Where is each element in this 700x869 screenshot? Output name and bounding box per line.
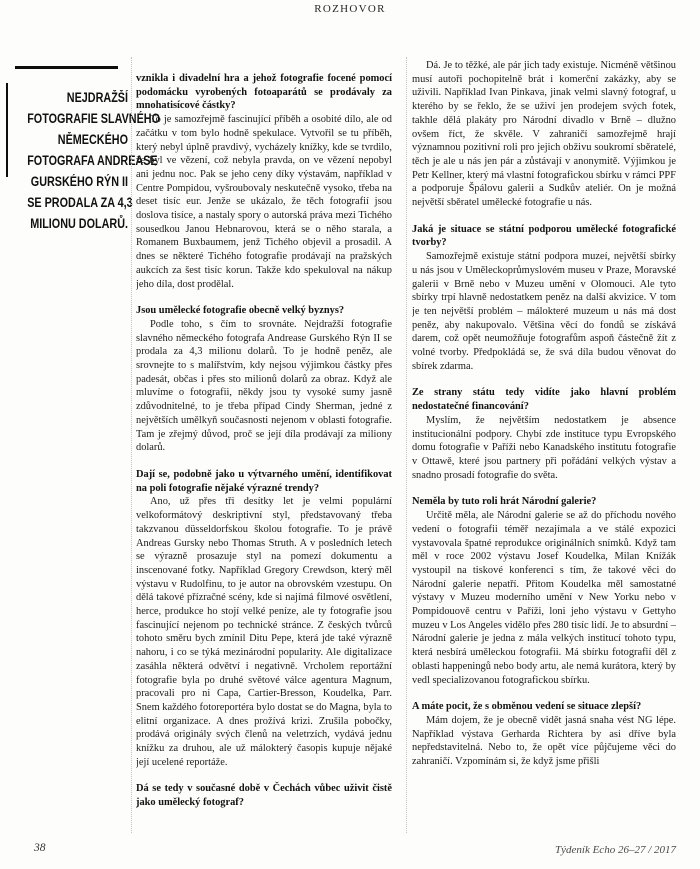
text-column-right: Dá. Je to těžké, ale pár jich tady exist… (412, 59, 676, 845)
interview-answer: Mám dojem, že je obecně vidět jasná snah… (412, 714, 676, 769)
interview-answer: Dá. Je to těžké, ale pár jich tady exist… (412, 59, 676, 210)
pull-quote-line: GURSKÉHO RÝN II (27, 171, 128, 192)
interview-answer: Myslím, že největším nedostatkem je abse… (412, 414, 676, 483)
magazine-page: ROZHOVOR NEJDRAŽŠÍFOTOGRAFIE SLAVNÉHONĚM… (0, 0, 700, 869)
interview-answer: Určitě měla, ale Národní galerie se až d… (412, 509, 676, 687)
pull-quote-line: MILIONU DOLARŮ. (27, 213, 128, 234)
pull-quote: NEJDRAŽŠÍFOTOGRAFIE SLAVNÉHONĚMECKÉHOFOT… (2, 87, 128, 234)
interview-question: Ze strany státu tedy vidíte jako hlavní … (412, 386, 676, 413)
interview-question: A máte pocit, že s obměnou vedení se sit… (412, 700, 676, 714)
pull-quote-line: SE PRODALA ZA 4,3 (27, 192, 128, 213)
issue-label: Týdeník Echo 26–27 / 2017 (555, 844, 676, 856)
page-number: 38 (34, 842, 46, 854)
column-separator-right (406, 57, 407, 833)
pull-quote-rule (15, 66, 118, 69)
interview-answer: Samozřejmě existuje státní podpora muzeí… (412, 250, 676, 373)
pull-quote-line: FOTOGRAFA ANDREASE (27, 150, 128, 171)
interview-question: Jsou umělecké fotografie obecně velký by… (136, 304, 392, 318)
pull-quote-line: NĚMECKÉHO (27, 129, 128, 150)
interview-question: vznikla i divadelní hra a jehož fotograf… (136, 72, 392, 113)
text-column-middle: vznikla i divadelní hra a jehož fotograf… (136, 59, 392, 845)
pull-quote-line: FOTOGRAFIE SLAVNÉHO (27, 108, 128, 129)
interview-question: Neměla by tuto roli hrát Národní galerie… (412, 495, 676, 509)
interview-question: Dá se tedy v současné době v Čechách vůb… (136, 782, 392, 809)
interview-answer: To je samozřejmě fascinující příběh a os… (136, 113, 392, 291)
interview-answer: Ano, už přes tři desítky let je velmi po… (136, 495, 392, 769)
column-separator-left (131, 57, 132, 833)
interview-question: Jaká je situace se státní podporou uměle… (412, 223, 676, 250)
interview-answer: Podle toho, s čím to srovnáte. Nejdražší… (136, 318, 392, 455)
section-header: ROZHOVOR (0, 3, 700, 15)
pull-quote-line: NEJDRAŽŠÍ (27, 87, 128, 108)
interview-question: Dají se, podobně jako u výtvarného umění… (136, 468, 392, 495)
